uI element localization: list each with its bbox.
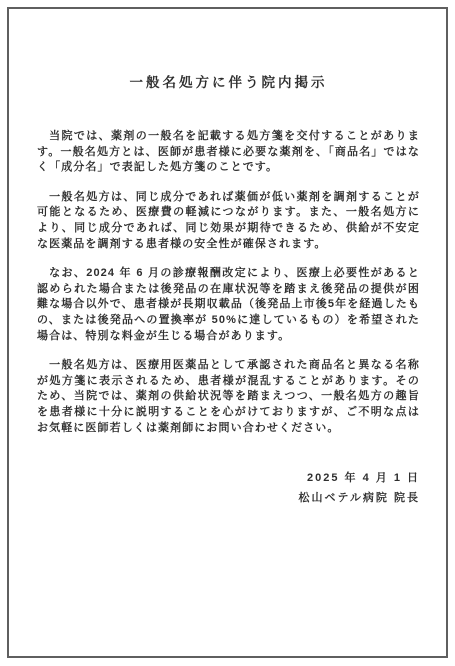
notice-footer: 2025 年 4 月 1 日 松山ベテル病院 院長: [37, 470, 420, 506]
signature: 松山ベテル病院 院長: [37, 490, 420, 506]
paragraph-naming-caution: 一般名処方は、医療用医薬品として承認された商品名と異なる名称が処方箋に表示される…: [37, 358, 420, 436]
page-title: 一般名処方に伴う院内掲示: [37, 71, 420, 91]
notice-page: 一般名処方に伴う院内掲示 当院では、薬剤の一般名を記載する処方箋を交付することが…: [7, 7, 448, 658]
paragraph-benefits: 一般名処方は、同じ成分であれば薬価が低い薬剤を調剤することが可能となるため、医療…: [37, 190, 420, 252]
notice-body: 当院では、薬剤の一般名を記載する処方箋を交付することがあります。一般名処方とは、…: [37, 129, 420, 436]
paragraph-fee-revision: なお、2024 年 6 月の診療報酬改定により、医療上必要性があると認められた場…: [37, 266, 420, 344]
paragraph-intro: 当院では、薬剤の一般名を記載する処方箋を交付することがあります。一般名処方とは、…: [37, 129, 420, 176]
issue-date: 2025 年 4 月 1 日: [37, 470, 420, 486]
